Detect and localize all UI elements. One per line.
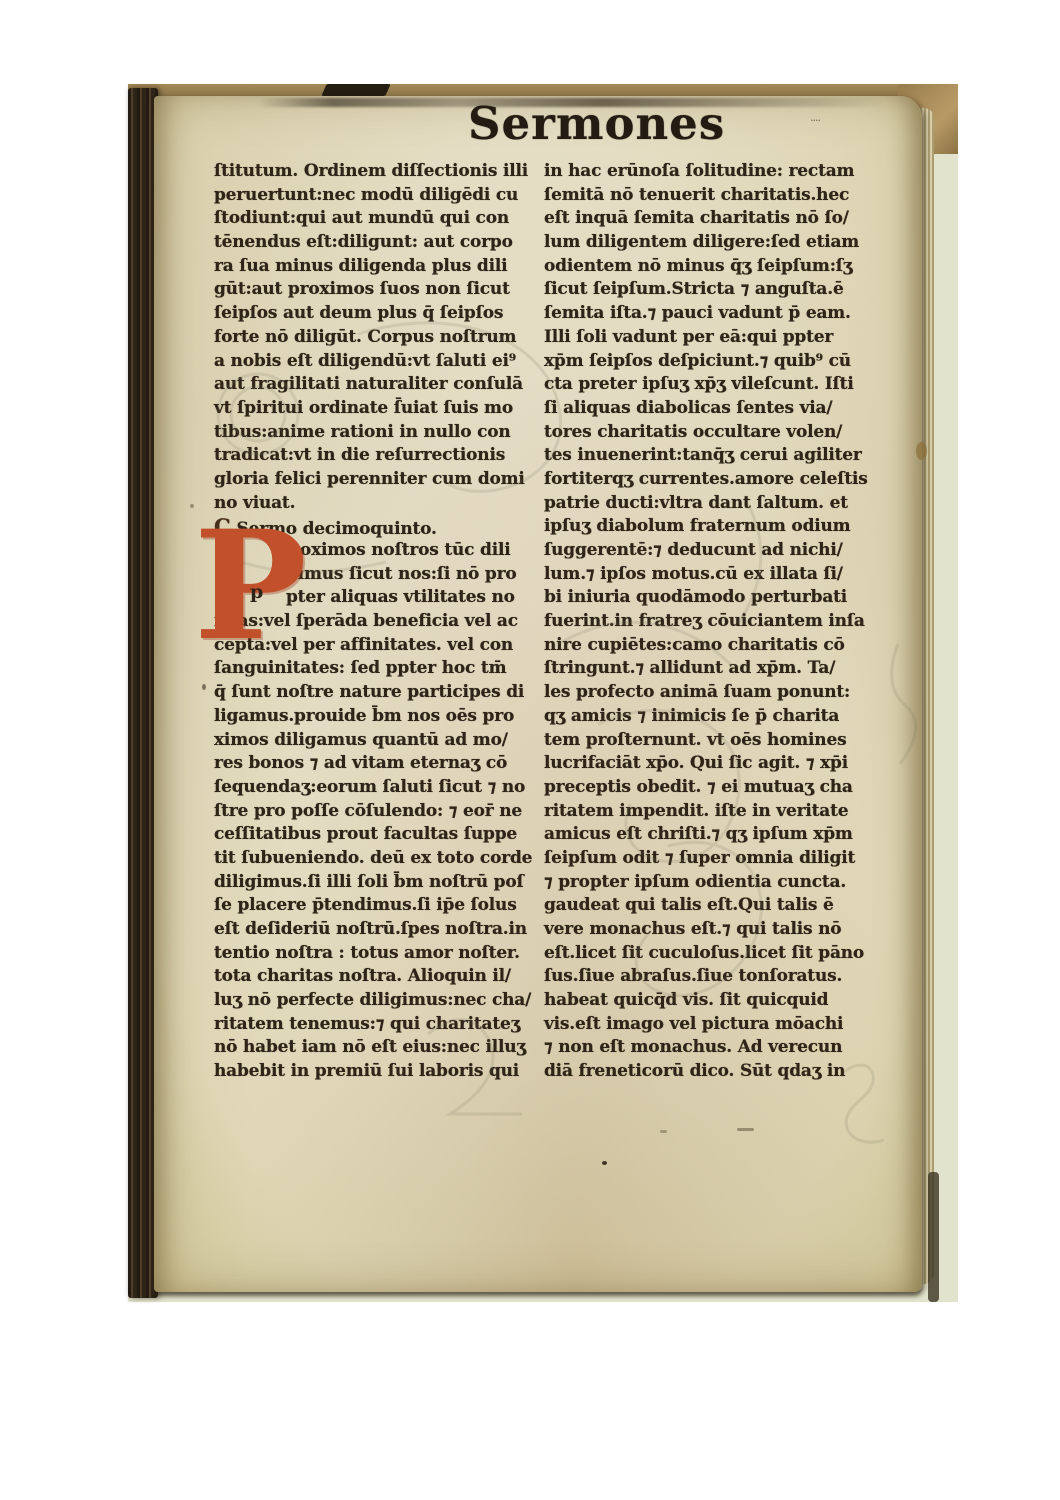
text-line: tores charitatis occultare volen/ bbox=[544, 421, 890, 445]
text-line: vere monachus eſt.⁊ qui talis nō bbox=[544, 918, 890, 942]
text-line: cta preter ipſuʒ xp̄ʒ vileſcunt. Iſti bbox=[544, 373, 890, 397]
text-line: habebit in premiū ſui laboris qui bbox=[214, 1060, 536, 1084]
text-line: ⁊ propter ipſum odientia cuncta. bbox=[544, 871, 890, 895]
text-line: gloria felici perenniter cum domi bbox=[214, 468, 536, 492]
text-line: ſuggerentē:⁊ deducunt ad nichi/ bbox=[544, 539, 890, 563]
text-line: amicus eſt chriſti.⁊ qʒ ipſum xp̄m bbox=[544, 823, 890, 847]
ink-speck bbox=[737, 1128, 754, 1131]
text-line: lum.⁊ ipſos motus.cū ex illata ſi/ bbox=[544, 563, 890, 587]
text-line: gaudeat qui talis eſt.Qui talis ē bbox=[544, 894, 890, 918]
text-line: ligamus.prouide b̄m nos oēs pro bbox=[214, 705, 536, 729]
text-line: ſus.ſiue abraſus.ſiue tonſoratus. bbox=[544, 965, 890, 989]
text-line: in hac erūnoſa ſolitudine: rectam bbox=[544, 160, 890, 184]
text-line: aut fragilitati naturaliter conſulā bbox=[214, 373, 536, 397]
text-line: q̄ ſunt noſtre nature participes di bbox=[214, 681, 536, 705]
margin-mark bbox=[202, 684, 206, 690]
guide-letter: p bbox=[250, 581, 263, 603]
text-line: ſicut ſeipſum.Stricta ⁊ anguſta.ē bbox=[544, 278, 890, 302]
left-paragraph-1: ſtitutum. Ordinem diſſectionis illiperue… bbox=[214, 160, 536, 515]
text-line: peruertunt:nec modū diligēdi cu bbox=[214, 184, 536, 208]
text-line: fuerint.in fratreʒ cōuiciantem inſa bbox=[544, 610, 890, 634]
page-edge-shadow bbox=[928, 1172, 939, 1302]
text-line: gūt:aut proximos ſuos non ſicut bbox=[214, 278, 536, 302]
text-line: preceptis obedit. ⁊ ei mutuaʒ cha bbox=[544, 776, 890, 800]
text-line: eſt deſideriū noſtrū.ſpes noſtra.in bbox=[214, 918, 536, 942]
text-line: ſeipſum odit ⁊ ſuper omnia diligit bbox=[544, 847, 890, 871]
dark-page-tab bbox=[321, 84, 390, 96]
text-line: patrie ducti:vltra dant ſaltum. et bbox=[544, 492, 890, 516]
pencil-mark: ···· bbox=[810, 114, 820, 127]
text-line: tentio noſtra : totus amor noſter. bbox=[214, 942, 536, 966]
right-paragraph: in hac erūnoſa ſolitudine: rectamſemitā … bbox=[544, 160, 890, 1084]
text-line: forte nō diligūt. Corpus noſtrum bbox=[214, 326, 536, 350]
text-line: ritatem tenemus:⁊ qui charitateʒ bbox=[214, 1013, 536, 1037]
text-line: tibus:anime rationi in nullo con bbox=[214, 421, 536, 445]
text-line: ſtringunt.⁊ allidunt ad xp̄m. Ta/ bbox=[544, 657, 890, 681]
running-title: Sermones bbox=[468, 97, 712, 150]
rubricated-initial: P bbox=[194, 521, 304, 651]
text-line: lucrifaciāt xp̄o. Qui ſic agit. ⁊ xp̄i bbox=[544, 752, 890, 776]
text-line: les profecto animā ſuam ponunt: bbox=[544, 681, 890, 705]
text-line: ſe placere p̄tendimus.ſi ip̄e ſolus bbox=[214, 894, 536, 918]
text-line: bi iniuria quodāmodo perturbati bbox=[544, 586, 890, 610]
text-line: tit ſubueniendo. deū ex toto corde bbox=[214, 847, 536, 871]
text-line: ra ſua minus diligenda plus dili bbox=[214, 255, 536, 279]
text-line: diā freneticorū dico. Sūt qdaʒ in bbox=[544, 1060, 890, 1084]
text-line: ſemita iſta.⁊ pauci vadunt p̄ eam. bbox=[544, 302, 890, 326]
text-line: tota charitas noſtra. Alioquin il/ bbox=[214, 965, 536, 989]
sermon-paragraph: P p Roximos noſtros tūc diligimus ſicut … bbox=[214, 539, 536, 1084]
text-line: ſtitutum. Ordinem diſſectionis illi bbox=[214, 160, 536, 184]
text-line: luʒ nō perfecte diligimus:nec cha/ bbox=[214, 989, 536, 1013]
text-line: Illi ſoli vadunt per eā:qui ppter bbox=[544, 326, 890, 350]
text-line: vis.eſt imago vel pictura mōachi bbox=[544, 1013, 890, 1037]
text-line: ſequendaʒ:eorum ſaluti ſicut ⁊ no bbox=[214, 776, 536, 800]
text-line: nō habet iam nō eſt eius:nec illuʒ bbox=[214, 1036, 536, 1060]
text-line: eſt inquā ſemita charitatis nō ſo/ bbox=[544, 207, 890, 231]
text-line: qʒ amicis ⁊ inimicis ſe p̄ charita bbox=[544, 705, 890, 729]
stain-spot bbox=[916, 442, 927, 460]
text-line: ſeipſos aut deum plus q̄ ſeipſos bbox=[214, 302, 536, 326]
left-column: ſtitutum. Ordinem diſſectionis illiperue… bbox=[214, 160, 536, 1084]
text-line: res bonos ⁊ ad vitam eternaʒ cō bbox=[214, 752, 536, 776]
text-line: fortiterqʒ currentes.amore celeſtis bbox=[544, 468, 890, 492]
text-line: ſtre pro poſſe cōſulendo: ⁊ eor̄ ne bbox=[214, 800, 536, 824]
text-line: vt ſpiritui ordinate ſ̄uiat ſuis mo bbox=[214, 397, 536, 421]
text-line: ſtodiunt:qui aut mundū qui con bbox=[214, 207, 536, 231]
text-line: odientem nō minus q̄ʒ ſeipſum:ſʒ bbox=[544, 255, 890, 279]
text-line: ſi aliquas diabolicas ſentes via/ bbox=[544, 397, 890, 421]
text-line: ceſſitatibus prout facultas ſuppe bbox=[214, 823, 536, 847]
text-line: ipſuʒ diabolum fraternum odium bbox=[544, 515, 890, 539]
text-line: tradicat:vt in die reſurrectionis bbox=[214, 444, 536, 468]
book-photo: Sermones ···· ſtitutum. Ordinem diſſecti… bbox=[128, 84, 958, 1302]
text-line: diligimus.ſi illi ſoli b̄m noſtrū poſ bbox=[214, 871, 536, 895]
text-line: lum diligentem diligere:ſed etiam bbox=[544, 231, 890, 255]
text-line: ritatem impendit. iſte in veritate bbox=[544, 800, 890, 824]
text-line: tes inuenerint:tanq̄ʒ cerui agiliter bbox=[544, 444, 890, 468]
text-line: eſt.licet ſit cuculoſus.licet ſit pāno bbox=[544, 942, 890, 966]
right-column: in hac erūnoſa ſolitudine: rectamſemitā … bbox=[544, 160, 890, 1084]
text-line: xp̄m ſeipſos deſpiciunt.⁊ quib⁹ cū bbox=[544, 350, 890, 374]
ink-speck bbox=[660, 1130, 667, 1133]
text-line: ſemitā nō tenuerit charitatis.hec bbox=[544, 184, 890, 208]
text-line: ximos diligamus quantū ad mo/ bbox=[214, 729, 536, 753]
ink-speck bbox=[602, 1161, 607, 1165]
text-line: nire cupiētes:camo charitatis cō bbox=[544, 634, 890, 658]
sermon-lines: ſtras:vel ſperāda beneficia vel accepta:… bbox=[214, 610, 536, 1084]
text-line: tēnendus eſt:diligunt: aut corpo bbox=[214, 231, 536, 255]
text-line: a nobis eſt diligendū:vt ſaluti ei⁹ bbox=[214, 350, 536, 374]
text-line: habeat quicq̄d vis. ſit quicquid bbox=[544, 989, 890, 1013]
text-line: tem proſternunt. vt oēs homines bbox=[544, 729, 890, 753]
text-line: ⁊ non eſt monachus. Ad verecun bbox=[544, 1036, 890, 1060]
